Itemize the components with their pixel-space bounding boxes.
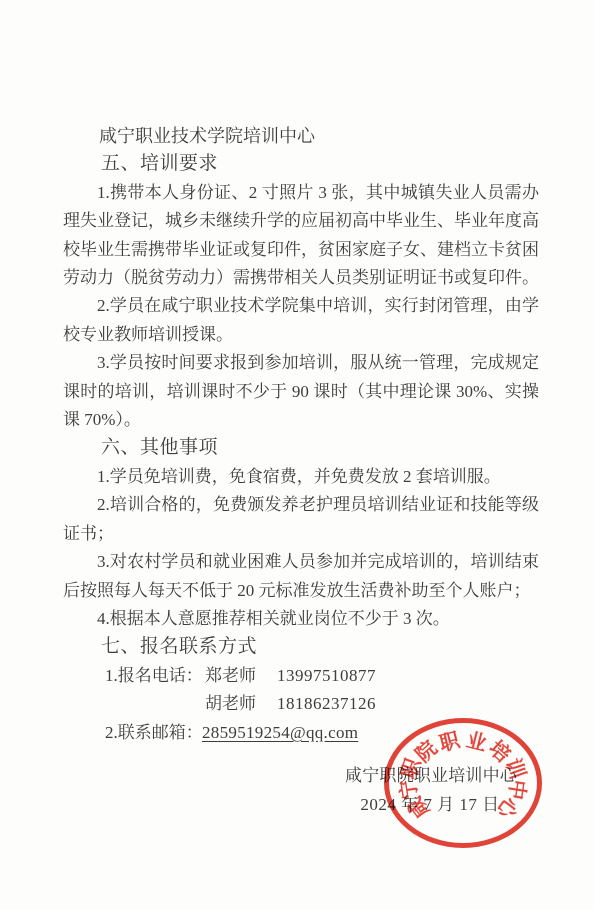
paragraph: 2.学员在咸宁职业技术学院集中培训，实行封闭管理，由学校专业教师培训授课。 <box>63 292 539 349</box>
document-body: 咸宁职业技术学院培训中心 五、培训要求 1.携带本人身份证、2 寸照片 3 张，… <box>63 122 539 747</box>
contact-name: 郑老师 <box>205 662 256 690</box>
paragraph: 1.学员免培训费，免食宿费，并免费发放 2 套培训服。 <box>63 463 539 491</box>
paragraph: 1.携带本人身份证、2 寸照片 3 张，其中城镇失业人员需办理失业登记，城乡未继… <box>63 179 539 293</box>
signature-block: 咸宁职院职业培训中心 2024 年 7 月 17 日 <box>345 762 515 819</box>
scanned-document-page: 咸宁职业技术学院培训中心 五、培训要求 1.携带本人身份证、2 寸照片 3 张，… <box>0 0 594 910</box>
section-heading-7: 七、报名联系方式 <box>63 633 539 661</box>
email-row: 2.联系邮箱： 2859519254@qq.com <box>63 719 539 747</box>
contact-name: 胡老师 <box>205 690 256 718</box>
section-heading-5: 五、培训要求 <box>63 150 539 178</box>
phone-label: 1.报名电话： <box>105 662 203 690</box>
phone-row-2: 胡老师 18186237126 <box>63 690 539 718</box>
signature-org: 咸宁职院职业培训中心 <box>345 762 515 791</box>
paragraph: 3.对农村学员和就业困难人员参加并完成培训的，培训结束后按照每人每天不低于 20… <box>63 548 539 605</box>
contact-email: 2859519254@qq.com <box>202 719 358 747</box>
contact-phone-number: 13997510877 <box>277 662 376 690</box>
section-heading-6: 六、其他事项 <box>63 434 539 462</box>
continuation-line: 咸宁职业技术学院培训中心 <box>63 122 539 150</box>
email-label: 2.联系邮箱： <box>105 719 203 747</box>
phone-row-1: 1.报名电话： 郑老师 13997510877 <box>63 662 539 690</box>
signature-date: 2024 年 7 月 17 日 <box>345 791 515 820</box>
paragraph: 3.学员按时间要求报到参加培训，服从统一管理，完成规定课时的培训，培训课时不少于… <box>63 349 539 434</box>
contact-phone-number: 18186237126 <box>277 690 376 718</box>
paragraph: 2.培训合格的，免费颁发养老护理员培训结业证和技能等级证书； <box>63 491 539 548</box>
paragraph: 4.根据本人意愿推荐相关就业岗位不少于 3 次。 <box>63 605 539 633</box>
